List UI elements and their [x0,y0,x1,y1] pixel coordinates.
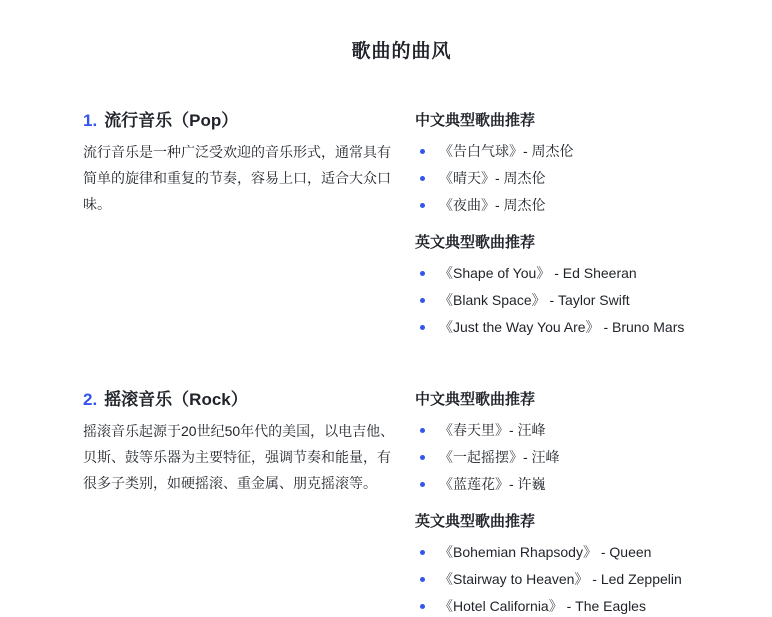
group-heading: 中文典型歌曲推荐 [415,108,720,132]
song-text: 《Blank Space》 - Taylor Swift [439,287,630,314]
genre-intro-column: 2.摇滚音乐（Rock） 摇滚音乐起源于20世纪50年代的美国，以电吉他、贝斯、… [83,387,403,496]
song-group-chinese: 中文典型歌曲推荐 《告白气球》- 周杰伦 《晴天》- 周杰伦 《夜曲》- 周杰伦 [415,108,720,219]
bullet-icon [420,203,425,208]
song-list: 《Bohemian Rhapsody》 - Queen 《Stairway to… [415,539,720,617]
song-text: 《Hotel California》 - The Eagles [439,593,646,617]
group-heading: 中文典型歌曲推荐 [415,387,720,411]
song-text: 《Shape of You》 - Ed Sheeran [439,260,637,287]
song-item: 《春天里》- 汪峰 [415,417,720,444]
genre-songs-column: 中文典型歌曲推荐 《春天里》- 汪峰 《一起摇摆》- 汪峰 《蓝莲花》- 许巍 … [415,387,720,617]
genre-description: 流行音乐是一种广泛受欢迎的音乐形式，通常具有简单的旋律和重复的节奏，容易上口，适… [83,139,403,217]
bullet-icon [420,482,425,487]
genre-songs-column: 中文典型歌曲推荐 《告白气球》- 周杰伦 《晴天》- 周杰伦 《夜曲》- 周杰伦… [415,108,720,341]
song-text: 《Bohemian Rhapsody》 - Queen [439,539,651,566]
bullet-icon [420,298,425,303]
genre-description: 摇滚音乐起源于20世纪50年代的美国，以电吉他、贝斯、鼓等乐器为主要特征，强调节… [83,418,403,496]
bullet-icon [420,428,425,433]
genre-intro-column: 1.流行音乐（Pop） 流行音乐是一种广泛受欢迎的音乐形式，通常具有简单的旋律和… [83,108,403,217]
bullet-icon [420,176,425,181]
song-item: 《告白气球》- 周杰伦 [415,138,720,165]
song-group-english: 英文典型歌曲推荐 《Shape of You》 - Ed Sheeran 《Bl… [415,230,720,341]
genre-heading: 1.流行音乐（Pop） [83,108,403,133]
bullet-icon [420,149,425,154]
bullet-icon [420,550,425,555]
page-title: 歌曲的曲风 [83,38,720,66]
song-text: 《蓝莲花》- 许巍 [439,471,546,498]
song-text: 《一起摇摆》- 汪峰 [439,444,560,471]
song-item: 《Stairway to Heaven》 - Led Zeppelin [415,566,720,593]
bullet-icon [420,577,425,582]
genre-title: 流行音乐（Pop） [104,111,238,130]
song-item: 《Shape of You》 - Ed Sheeran [415,260,720,287]
song-item: 《Blank Space》 - Taylor Swift [415,287,720,314]
genre-section-rock: 2.摇滚音乐（Rock） 摇滚音乐起源于20世纪50年代的美国，以电吉他、贝斯、… [83,387,720,617]
song-text: 《Just the Way You Are》 - Bruno Mars [439,314,684,341]
genre-number: 2. [83,390,97,409]
song-text: 《告白气球》- 周杰伦 [439,138,574,165]
song-text: 《晴天》- 周杰伦 [439,165,546,192]
song-group-english: 英文典型歌曲推荐 《Bohemian Rhapsody》 - Queen 《St… [415,509,720,617]
song-text: 《春天里》- 汪峰 [439,417,546,444]
genre-section-pop: 1.流行音乐（Pop） 流行音乐是一种广泛受欢迎的音乐形式，通常具有简单的旋律和… [83,108,720,341]
bullet-icon [420,455,425,460]
song-item: 《Bohemian Rhapsody》 - Queen [415,539,720,566]
genre-heading: 2.摇滚音乐（Rock） [83,387,403,412]
document-body: 歌曲的曲风 1.流行音乐（Pop） 流行音乐是一种广泛受欢迎的音乐形式，通常具有… [83,38,720,617]
song-group-chinese: 中文典型歌曲推荐 《春天里》- 汪峰 《一起摇摆》- 汪峰 《蓝莲花》- 许巍 [415,387,720,498]
group-heading: 英文典型歌曲推荐 [415,509,720,533]
bullet-icon [420,271,425,276]
song-item: 《蓝莲花》- 许巍 [415,471,720,498]
song-item: 《Hotel California》 - The Eagles [415,593,720,617]
song-list: 《Shape of You》 - Ed Sheeran 《Blank Space… [415,260,720,341]
song-list: 《春天里》- 汪峰 《一起摇摆》- 汪峰 《蓝莲花》- 许巍 [415,417,720,498]
bullet-icon [420,604,425,609]
group-heading: 英文典型歌曲推荐 [415,230,720,254]
song-item: 《晴天》- 周杰伦 [415,165,720,192]
bullet-icon [420,325,425,330]
song-item: 《一起摇摆》- 汪峰 [415,444,720,471]
song-item: 《夜曲》- 周杰伦 [415,192,720,219]
genre-title: 摇滚音乐（Rock） [104,390,248,409]
song-list: 《告白气球》- 周杰伦 《晴天》- 周杰伦 《夜曲》- 周杰伦 [415,138,720,219]
song-text: 《Stairway to Heaven》 - Led Zeppelin [439,566,682,593]
song-item: 《Just the Way You Are》 - Bruno Mars [415,314,720,341]
genre-number: 1. [83,111,97,130]
song-text: 《夜曲》- 周杰伦 [439,192,546,219]
